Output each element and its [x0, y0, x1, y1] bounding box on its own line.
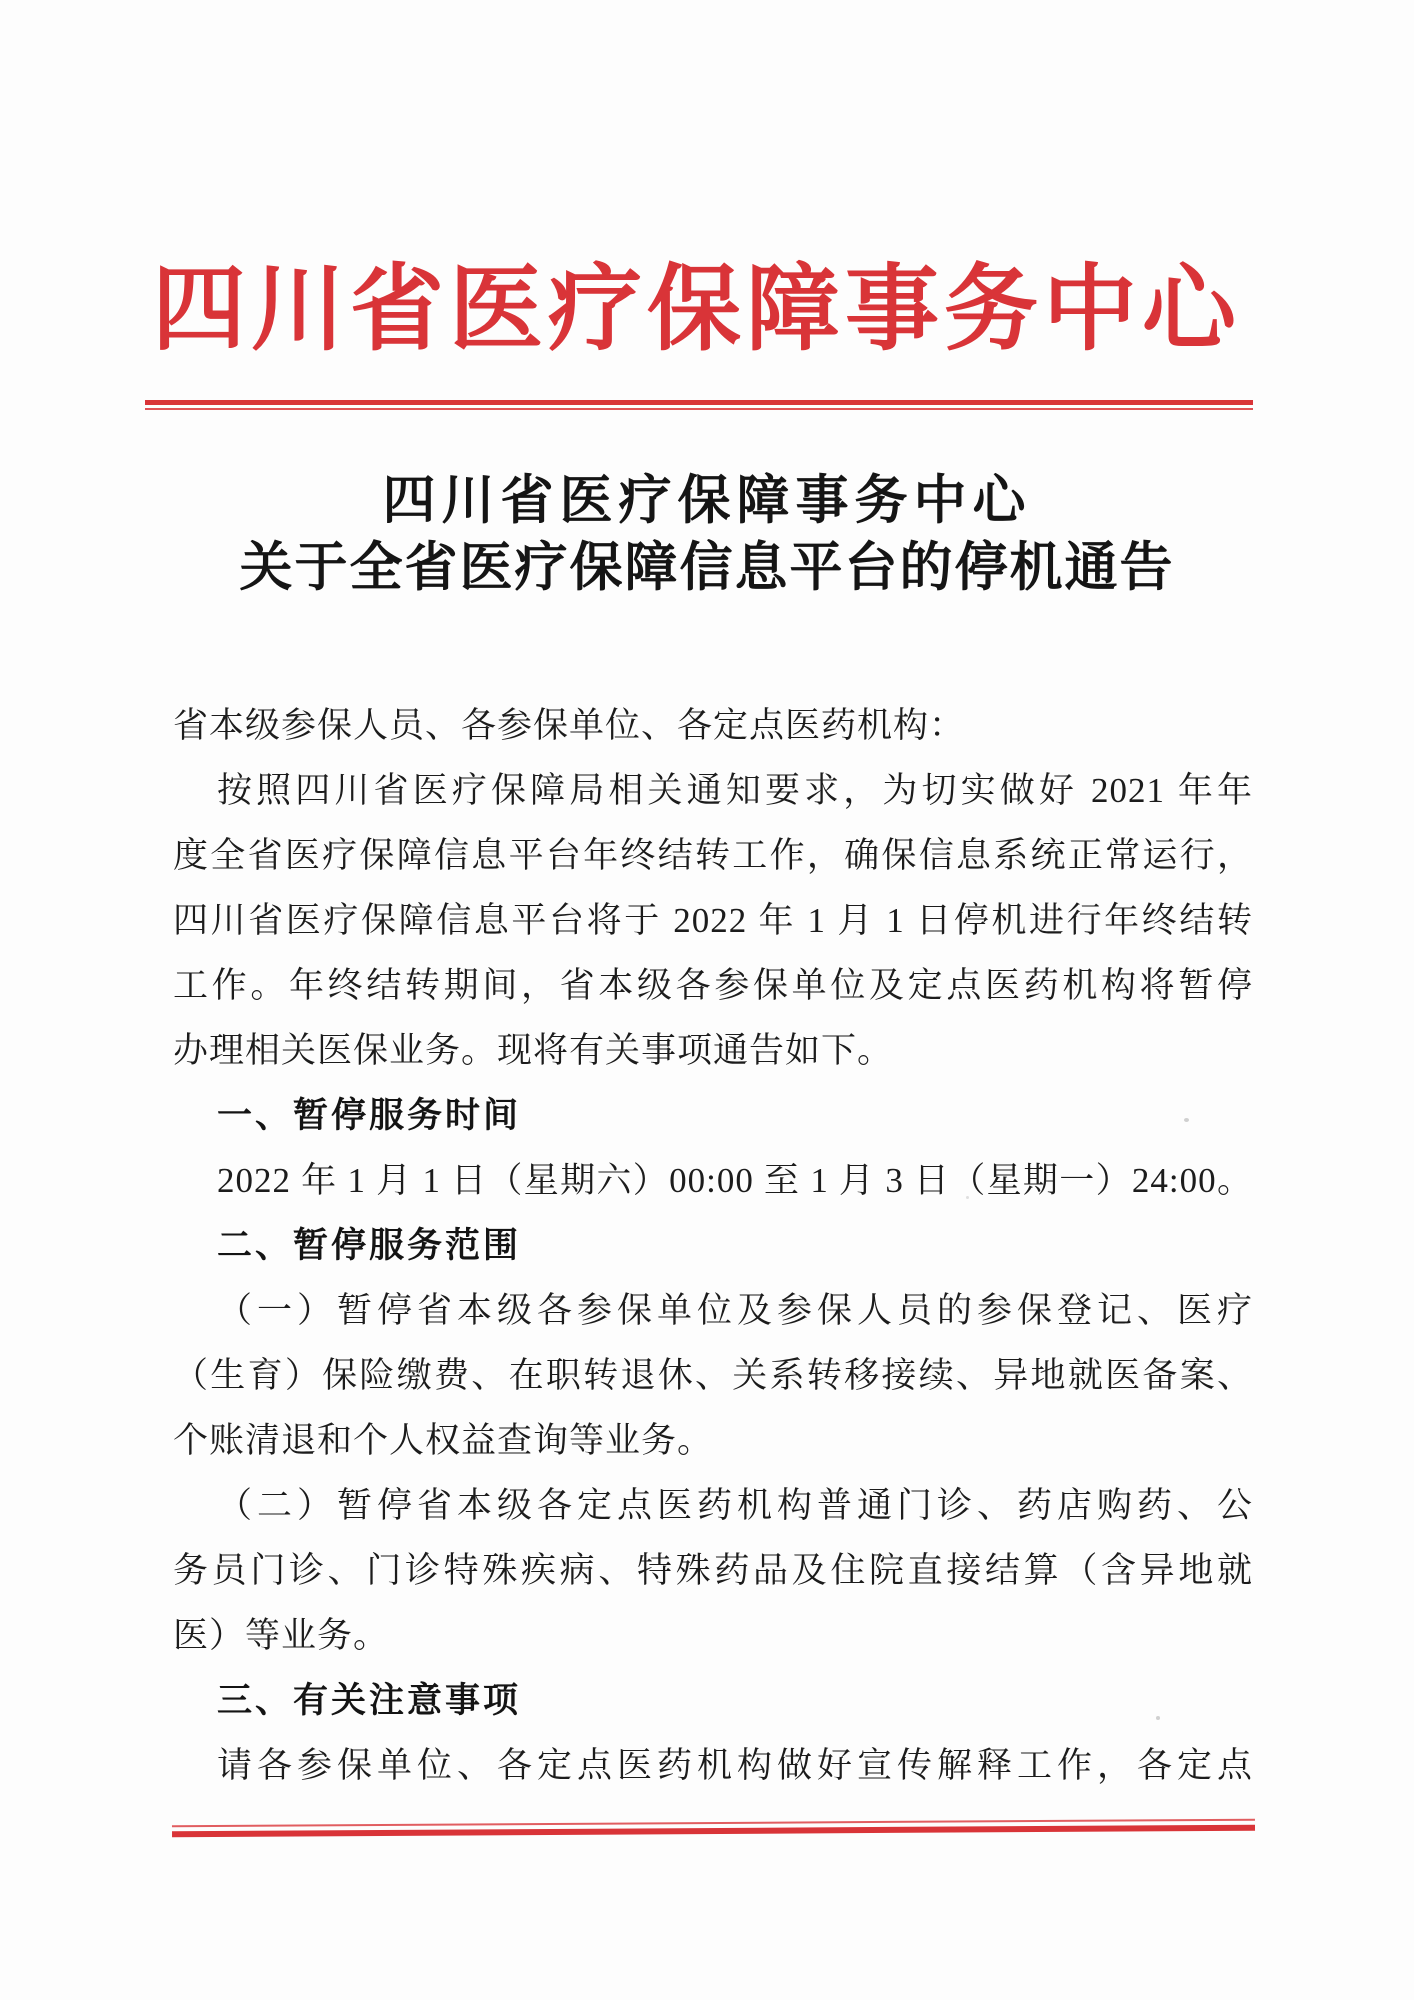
body-line: 度全省医疗保障信息平台年终结转工作，确保信息系统正常运行， [173, 823, 1253, 888]
letterhead-org-name: 四川省医疗保障事务中心 [152, 256, 1257, 364]
section-heading-3: 三、有关注意事项 [173, 1668, 1253, 1733]
body-line: 工作。年终结转期间，省本级各参保单位及定点医药机构将暂停 [173, 953, 1253, 1018]
footer-divider-rule [172, 1819, 1255, 1838]
body-line: （一）暂停省本级各参保单位及参保人员的参保登记、医疗 [173, 1278, 1253, 1343]
divider-thin-line [145, 408, 1253, 410]
document-title-line-2: 关于全省医疗保障信息平台的停机通告 [0, 535, 1414, 602]
letterhead-divider-rule [145, 400, 1253, 410]
section-heading-1: 一、暂停服务时间 [173, 1083, 1253, 1148]
scan-speck [966, 1196, 969, 1199]
scan-speck [1156, 1716, 1160, 1720]
body-line: 四川省医疗保障信息平台将于 2022 年 1 月 1 日停机进行年终结转 [173, 888, 1253, 953]
scanned-notice-page: 四川省医疗保障事务中心 四川省医疗保障事务中心 关于全省医疗保障信息平台的停机通… [0, 0, 1414, 2000]
notice-body: 省本级参保人员、各参保单位、各定点医药机构： 按照四川省医疗保障局相关通知要求，… [173, 693, 1253, 1798]
body-line: 务员门诊、门诊特殊疾病、特殊药品及住院直接结算（含异地就 [173, 1538, 1253, 1603]
document-title: 四川省医疗保障事务中心 关于全省医疗保障信息平台的停机通告 [0, 468, 1414, 602]
section-heading-2: 二、暂停服务范围 [173, 1213, 1253, 1278]
document-title-line-1: 四川省医疗保障事务中心 [0, 468, 1414, 535]
body-line: 医）等业务。 [173, 1603, 1253, 1668]
divider-thick-line [145, 400, 1253, 405]
scan-speck [1184, 1118, 1189, 1122]
body-line: 按照四川省医疗保障局相关通知要求，为切实做好 2021 年年 [173, 758, 1253, 823]
divider-thick-line [172, 1825, 1255, 1838]
service-pause-time-line: 2022 年 1 月 1 日（星期六）00:00 至 1 月 3 日（星期一）2… [173, 1148, 1253, 1213]
body-line: 请各参保单位、各定点医药机构做好宣传解释工作，各定点 [173, 1733, 1253, 1798]
body-line: 个账清退和个人权益查询等业务。 [173, 1408, 1253, 1473]
body-line: 办理相关医保业务。现将有关事项通告如下。 [173, 1018, 1253, 1083]
salutation-line: 省本级参保人员、各参保单位、各定点医药机构： [173, 693, 1253, 758]
body-line: （生育）保险缴费、在职转退休、关系转移接续、异地就医备案、 [173, 1343, 1253, 1408]
body-line: （二）暂停省本级各定点医药机构普通门诊、药店购药、公 [173, 1473, 1253, 1538]
